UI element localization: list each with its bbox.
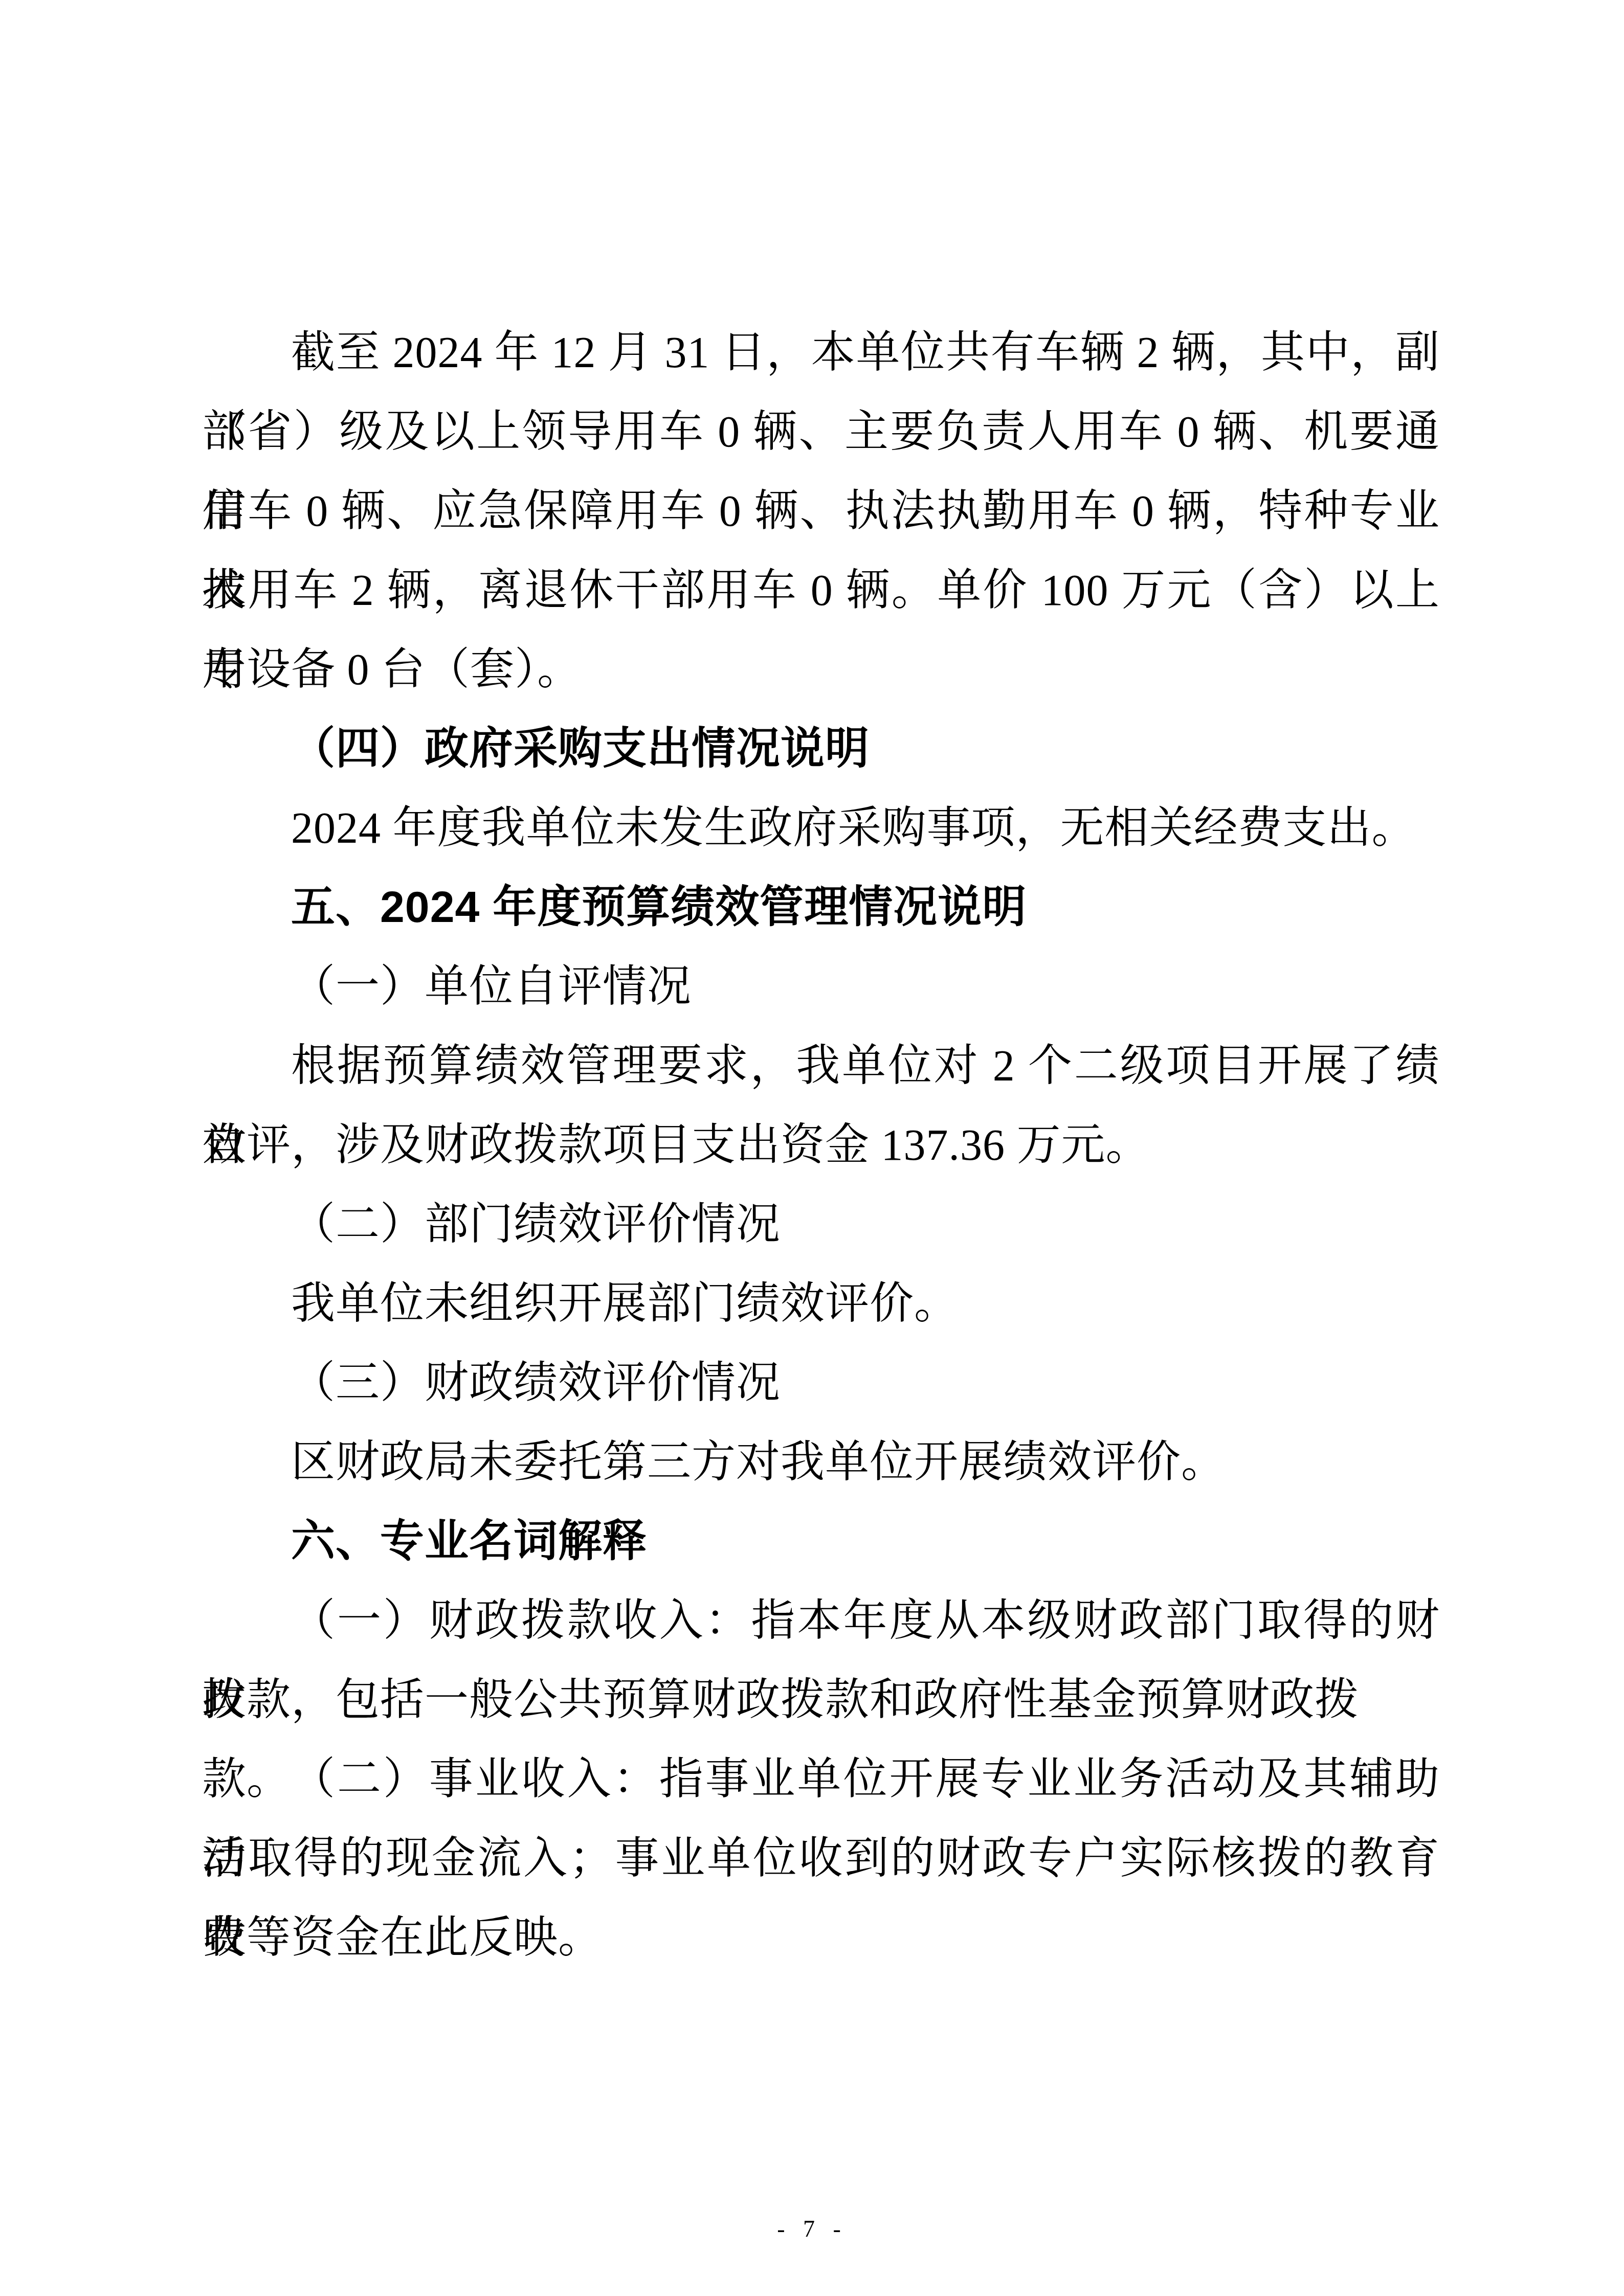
- subheading-gov-procurement: （四）政府采购支出情况说明: [202, 709, 1440, 789]
- body-line: （一）财政拨款收入：指本年度从本级财政部门取得的财政: [202, 1581, 1440, 1660]
- body-line: 动取得的现金流入；事业单位收到的财政专户实际核拨的教育收: [202, 1819, 1440, 1898]
- document-body: 截至 2024 年 12 月 31 日，本单位共有车辆 2 辆，其中，副部 （省…: [202, 313, 1440, 1977]
- body-line: （省）级及以上领导用车 0 辆、主要负责人用车 0 辆、机要通信: [202, 392, 1440, 471]
- heading-performance-management: 五、2024 年度预算绩效管理情况说明: [202, 868, 1440, 947]
- body-line: 费等资金在此反映。: [202, 1898, 1440, 1977]
- subheading-dept-evaluation: （二）部门绩效评价情况: [202, 1185, 1440, 1264]
- body-line: 用车 0 辆、应急保障用车 0 辆、执法执勤用车 0 辆，特种专业技: [202, 471, 1440, 551]
- body-line: 用设备 0 台（套）。: [202, 630, 1440, 709]
- body-line: 2024 年度我单位未发生政府采购事项，无相关经费支出。: [202, 789, 1440, 868]
- document-page: { "meta": { "background_color": "#ffffff…: [0, 0, 1624, 2296]
- subheading-fiscal-evaluation: （三）财政绩效评价情况: [202, 1343, 1440, 1423]
- page-number: - 7 -: [0, 2215, 1624, 2242]
- subheading-self-evaluation: （一）单位自评情况: [202, 947, 1440, 1026]
- body-line: 拨款，包括一般公共预算财政拨款和政府性基金预算财政拨款。: [202, 1660, 1440, 1740]
- body-line: 我单位未组织开展部门绩效评价。: [202, 1264, 1440, 1343]
- body-line: （二）事业收入：指事业单位开展专业业务活动及其辅助活: [202, 1740, 1440, 1819]
- body-line: 术用车 2 辆，离退休干部用车 0 辆。单价 100 万元（含）以上专: [202, 551, 1440, 630]
- heading-terminology: 六、专业名词解释: [202, 1502, 1440, 1581]
- body-line: 根据预算绩效管理要求，我单位对 2 个二级项目开展了绩效: [202, 1026, 1440, 1106]
- body-line: 区财政局未委托第三方对我单位开展绩效评价。: [202, 1423, 1440, 1502]
- body-line: 自评，涉及财政拨款项目支出资金 137.36 万元。: [202, 1106, 1440, 1185]
- body-line: 截至 2024 年 12 月 31 日，本单位共有车辆 2 辆，其中，副部: [202, 313, 1440, 392]
